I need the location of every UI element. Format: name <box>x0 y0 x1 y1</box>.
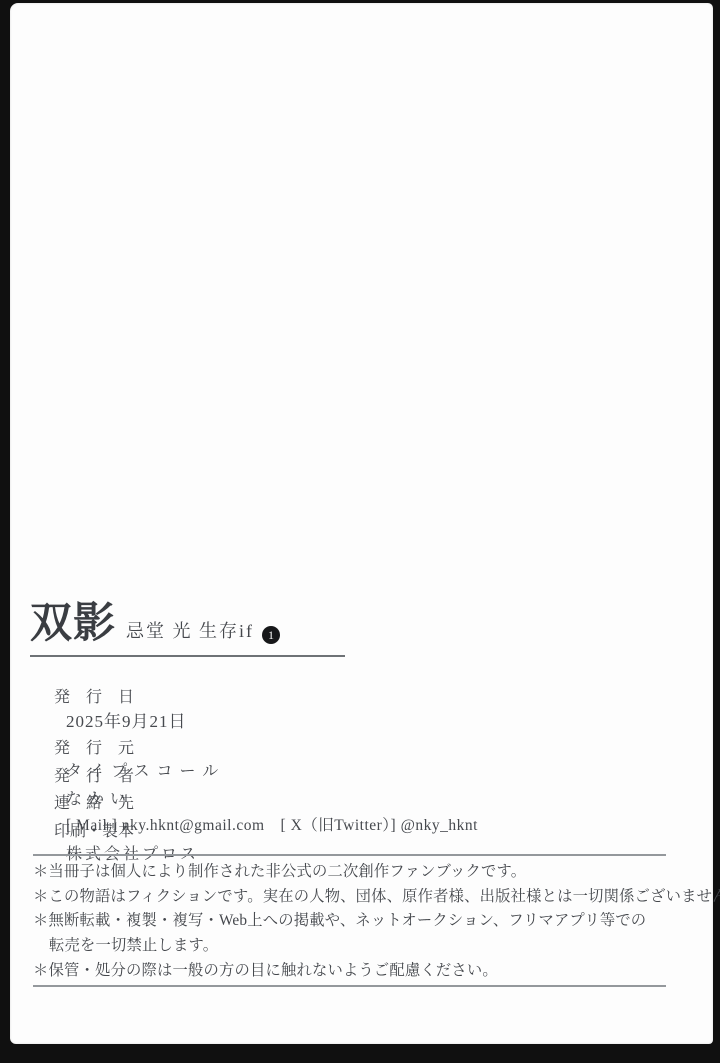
book-title: 双影 <box>30 603 116 645</box>
note-line: ＊保管・処分の際は一般の方の目に触れないようご配慮ください。 <box>33 959 683 984</box>
notes-box-top-rule <box>33 854 666 856</box>
row-label: 発行日 <box>54 684 134 707</box>
book-subtitle: 忌堂 光 生存if <box>126 617 254 643</box>
scanned-page: 双影 忌堂 光 生存if 1 発行日 2025年9月21日 発行元 タイプスコー… <box>10 3 713 1044</box>
volume-1-badge-icon: 1 <box>262 626 280 644</box>
disclaimer-notes: ＊当冊子は個人により制作された非公式の二次創作ファンブックです。 ＊この物語はフ… <box>33 860 683 984</box>
colophon-content: 双影 忌堂 光 生存if 1 発行日 2025年9月21日 発行元 タイプスコー… <box>10 3 713 1044</box>
title-divider <box>30 655 345 657</box>
notes-box-bottom-rule <box>33 985 666 987</box>
note-line: ＊当冊子は個人により制作された非公式の二次創作ファンブックです。 <box>33 860 683 885</box>
note-line: ＊この物語はフィクションです。実在の人物、団体、原作者様、出版社様とは一切関係ご… <box>33 885 683 910</box>
row-label: 印刷・製本 <box>54 818 134 841</box>
note-line: ＊無断転載・複製・複写・Web上への掲載や、ネットオークション、フリマアプリ等で… <box>33 909 683 934</box>
note-line-continuation: 転売を一切禁止します。 <box>33 934 683 959</box>
title-block: 双影 忌堂 光 生存if 1 <box>30 603 280 645</box>
